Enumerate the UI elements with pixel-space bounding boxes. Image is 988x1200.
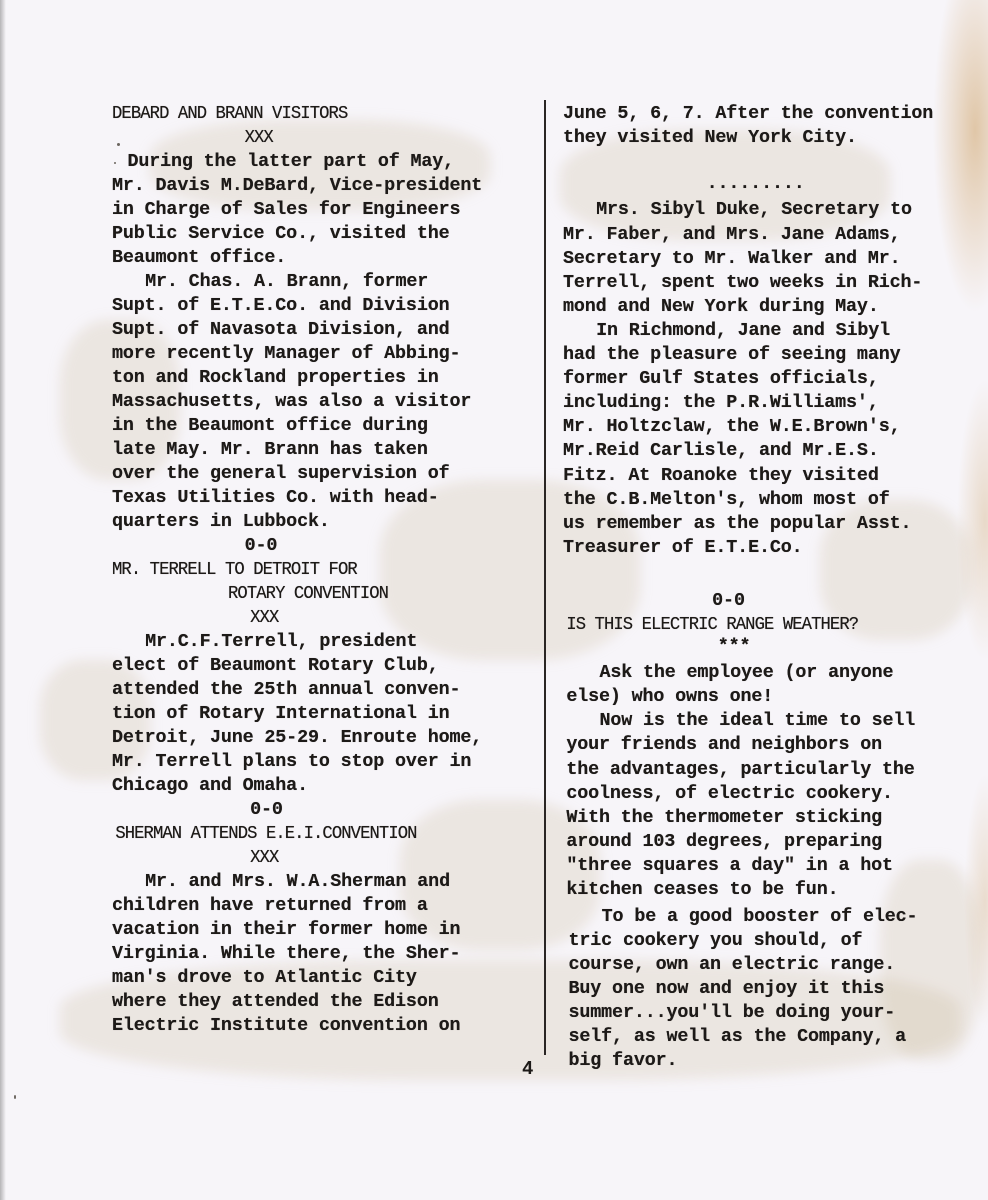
body-text-line: June 5, 6, 7. After the convention (563, 103, 933, 125)
body-text-line: Mr. Terrell plans to stop over in (112, 751, 471, 773)
body-text-line: the advantages, particularly the (566, 759, 914, 781)
article-heading: MR. TERRELL TO DETROIT FOR (112, 559, 357, 583)
body-text-line: Public Service Co., visited the (112, 223, 449, 245)
body-text-line: where they attended the Edison (112, 991, 439, 1013)
body-text-line: Supt. of Navasota Division, and (112, 319, 449, 341)
ink-speck (114, 162, 116, 164)
body-text-line: ton and Rockland properties in (112, 367, 439, 389)
body-text-line: kitchen ceases to be fun. (566, 879, 838, 901)
body-text-line: Fitz. At Roanoke they visited (563, 465, 879, 487)
body-text-line: During the latter part of May, (127, 151, 454, 173)
body-text-line: the C.B.Melton's, whom most of (563, 489, 890, 511)
page-number: 4 (522, 1058, 533, 1080)
ink-speck (14, 1095, 16, 1099)
body-text-line: more recently Manager of Abbing- (112, 343, 460, 365)
body-text-line: else) who owns one! (566, 686, 773, 708)
body-text-line: quarters in Lubbock. (112, 511, 330, 533)
article-heading: XXX (245, 127, 273, 151)
body-text-line: Secretary to Mr. Walker and Mr. (563, 248, 900, 270)
body-text-line: 0-0 (245, 535, 278, 557)
body-text-line: tric cookery you should, of (569, 930, 863, 952)
body-text-line: late May. Mr. Brann has taken (112, 439, 428, 461)
body-text-line: in Charge of Sales for Engineers (112, 199, 460, 221)
body-text-line: *** (718, 636, 751, 658)
article-heading: XXX (250, 847, 278, 871)
body-text-line: over the general supervision of (112, 463, 449, 485)
body-text-line: Chicago and Omaha. (112, 775, 308, 797)
body-text-line: 0-0 (712, 590, 745, 612)
body-text-line: Mr. Davis M.DeBard, Vice-president (112, 175, 482, 197)
body-text-line: With the thermometer sticking (566, 807, 882, 829)
body-text-line: course, own an electric range. (569, 954, 896, 976)
body-text-line: Mr.C.F.Terrell, president (145, 631, 417, 653)
newsletter-page: DEBARD AND BRANN VISITORSXXXDuring the l… (0, 0, 988, 1200)
column-divider (544, 100, 546, 1055)
body-text-line: "three squares a day" in a hot (566, 855, 893, 877)
article-heading: SHERMAN ATTENDS E.E.I.CONVENTION (115, 823, 416, 847)
body-text-line: Mr.Reid Carlisle, and Mr.E.S. (563, 440, 879, 462)
body-text-line: Mr. Chas. A. Brann, former (145, 271, 428, 293)
body-text-line: former Gulf States officials, (563, 368, 879, 390)
body-text-line: Mr. Faber, and Mrs. Jane Adams, (563, 224, 900, 246)
body-text-line: had the pleasure of seeing many (563, 344, 900, 366)
body-text-line: To be a good booster of elec- (602, 906, 918, 928)
body-text-line: Virginia. While there, the Sher- (112, 943, 460, 965)
article-heading: DEBARD AND BRANN VISITORS (112, 103, 347, 127)
article-heading: IS THIS ELECTRIC RANGE WEATHER? (566, 614, 858, 638)
body-text-line: Ask the employee (or anyone (599, 662, 893, 684)
body-text-line: your friends and neighbors on (566, 734, 882, 756)
body-text-line: Buy one now and enjoy it this (569, 978, 885, 1000)
ink-speck (117, 143, 120, 146)
body-text-line: man's drove to Atlantic City (112, 967, 417, 989)
body-text-line: Massachusetts, was also a visitor (112, 391, 471, 413)
body-text-line: summer...you'll be doing your- (569, 1002, 896, 1024)
body-text-line: big favor. (569, 1050, 678, 1072)
body-text-line: Terrell, spent two weeks in Rich- (563, 272, 922, 294)
body-text-line: Detroit, June 25-29. Enroute home, (112, 727, 482, 749)
body-text-line: they visited New York City. (563, 127, 857, 149)
body-text-line: Mr. and Mrs. W.A.Sherman and (145, 871, 450, 893)
body-text-line: elect of Beaumont Rotary Club, (112, 655, 439, 677)
body-text-line: self, as well as the Company, a (569, 1026, 906, 1048)
body-text-line: Now is the ideal time to sell (599, 710, 915, 732)
body-text-line: Supt. of E.T.E.Co. and Division (112, 295, 449, 317)
body-text-line: vacation in their former home in (112, 919, 460, 941)
body-text-line: Treasurer of E.T.E.Co. (563, 537, 803, 559)
body-text-line: attended the 25th annual conven- (112, 679, 460, 701)
body-text-line: mond and New York during May. (563, 296, 879, 318)
body-text-line: Beaumont office. (112, 247, 286, 269)
body-text-line: Mr. Holtzclaw, the W.E.Brown's, (563, 416, 900, 438)
body-text-line: around 103 degrees, preparing (566, 831, 882, 853)
body-text-line: us remember as the popular Asst. (563, 513, 911, 535)
article-heading: XXX (250, 607, 278, 631)
body-text-line: in the Beaumont office during (112, 415, 428, 437)
body-text-line: Texas Utilities Co. with head- (112, 487, 439, 509)
body-text-line: ......... (707, 173, 805, 195)
body-text-line: Mrs. Sibyl Duke, Secretary to (596, 199, 912, 221)
body-text-line: tion of Rotary International in (112, 703, 449, 725)
body-text-line: Electric Institute convention on (112, 1015, 460, 1037)
article-heading: ROTARY CONVENTION (228, 583, 388, 607)
body-text-line: children have returned from a (112, 895, 428, 917)
body-text-line: coolness, of electric cookery. (566, 783, 893, 805)
body-text-line: In Richmond, Jane and Sibyl (596, 320, 890, 342)
body-text-line: 0-0 (250, 799, 283, 821)
body-text-line: including: the P.R.Williams', (563, 392, 879, 414)
